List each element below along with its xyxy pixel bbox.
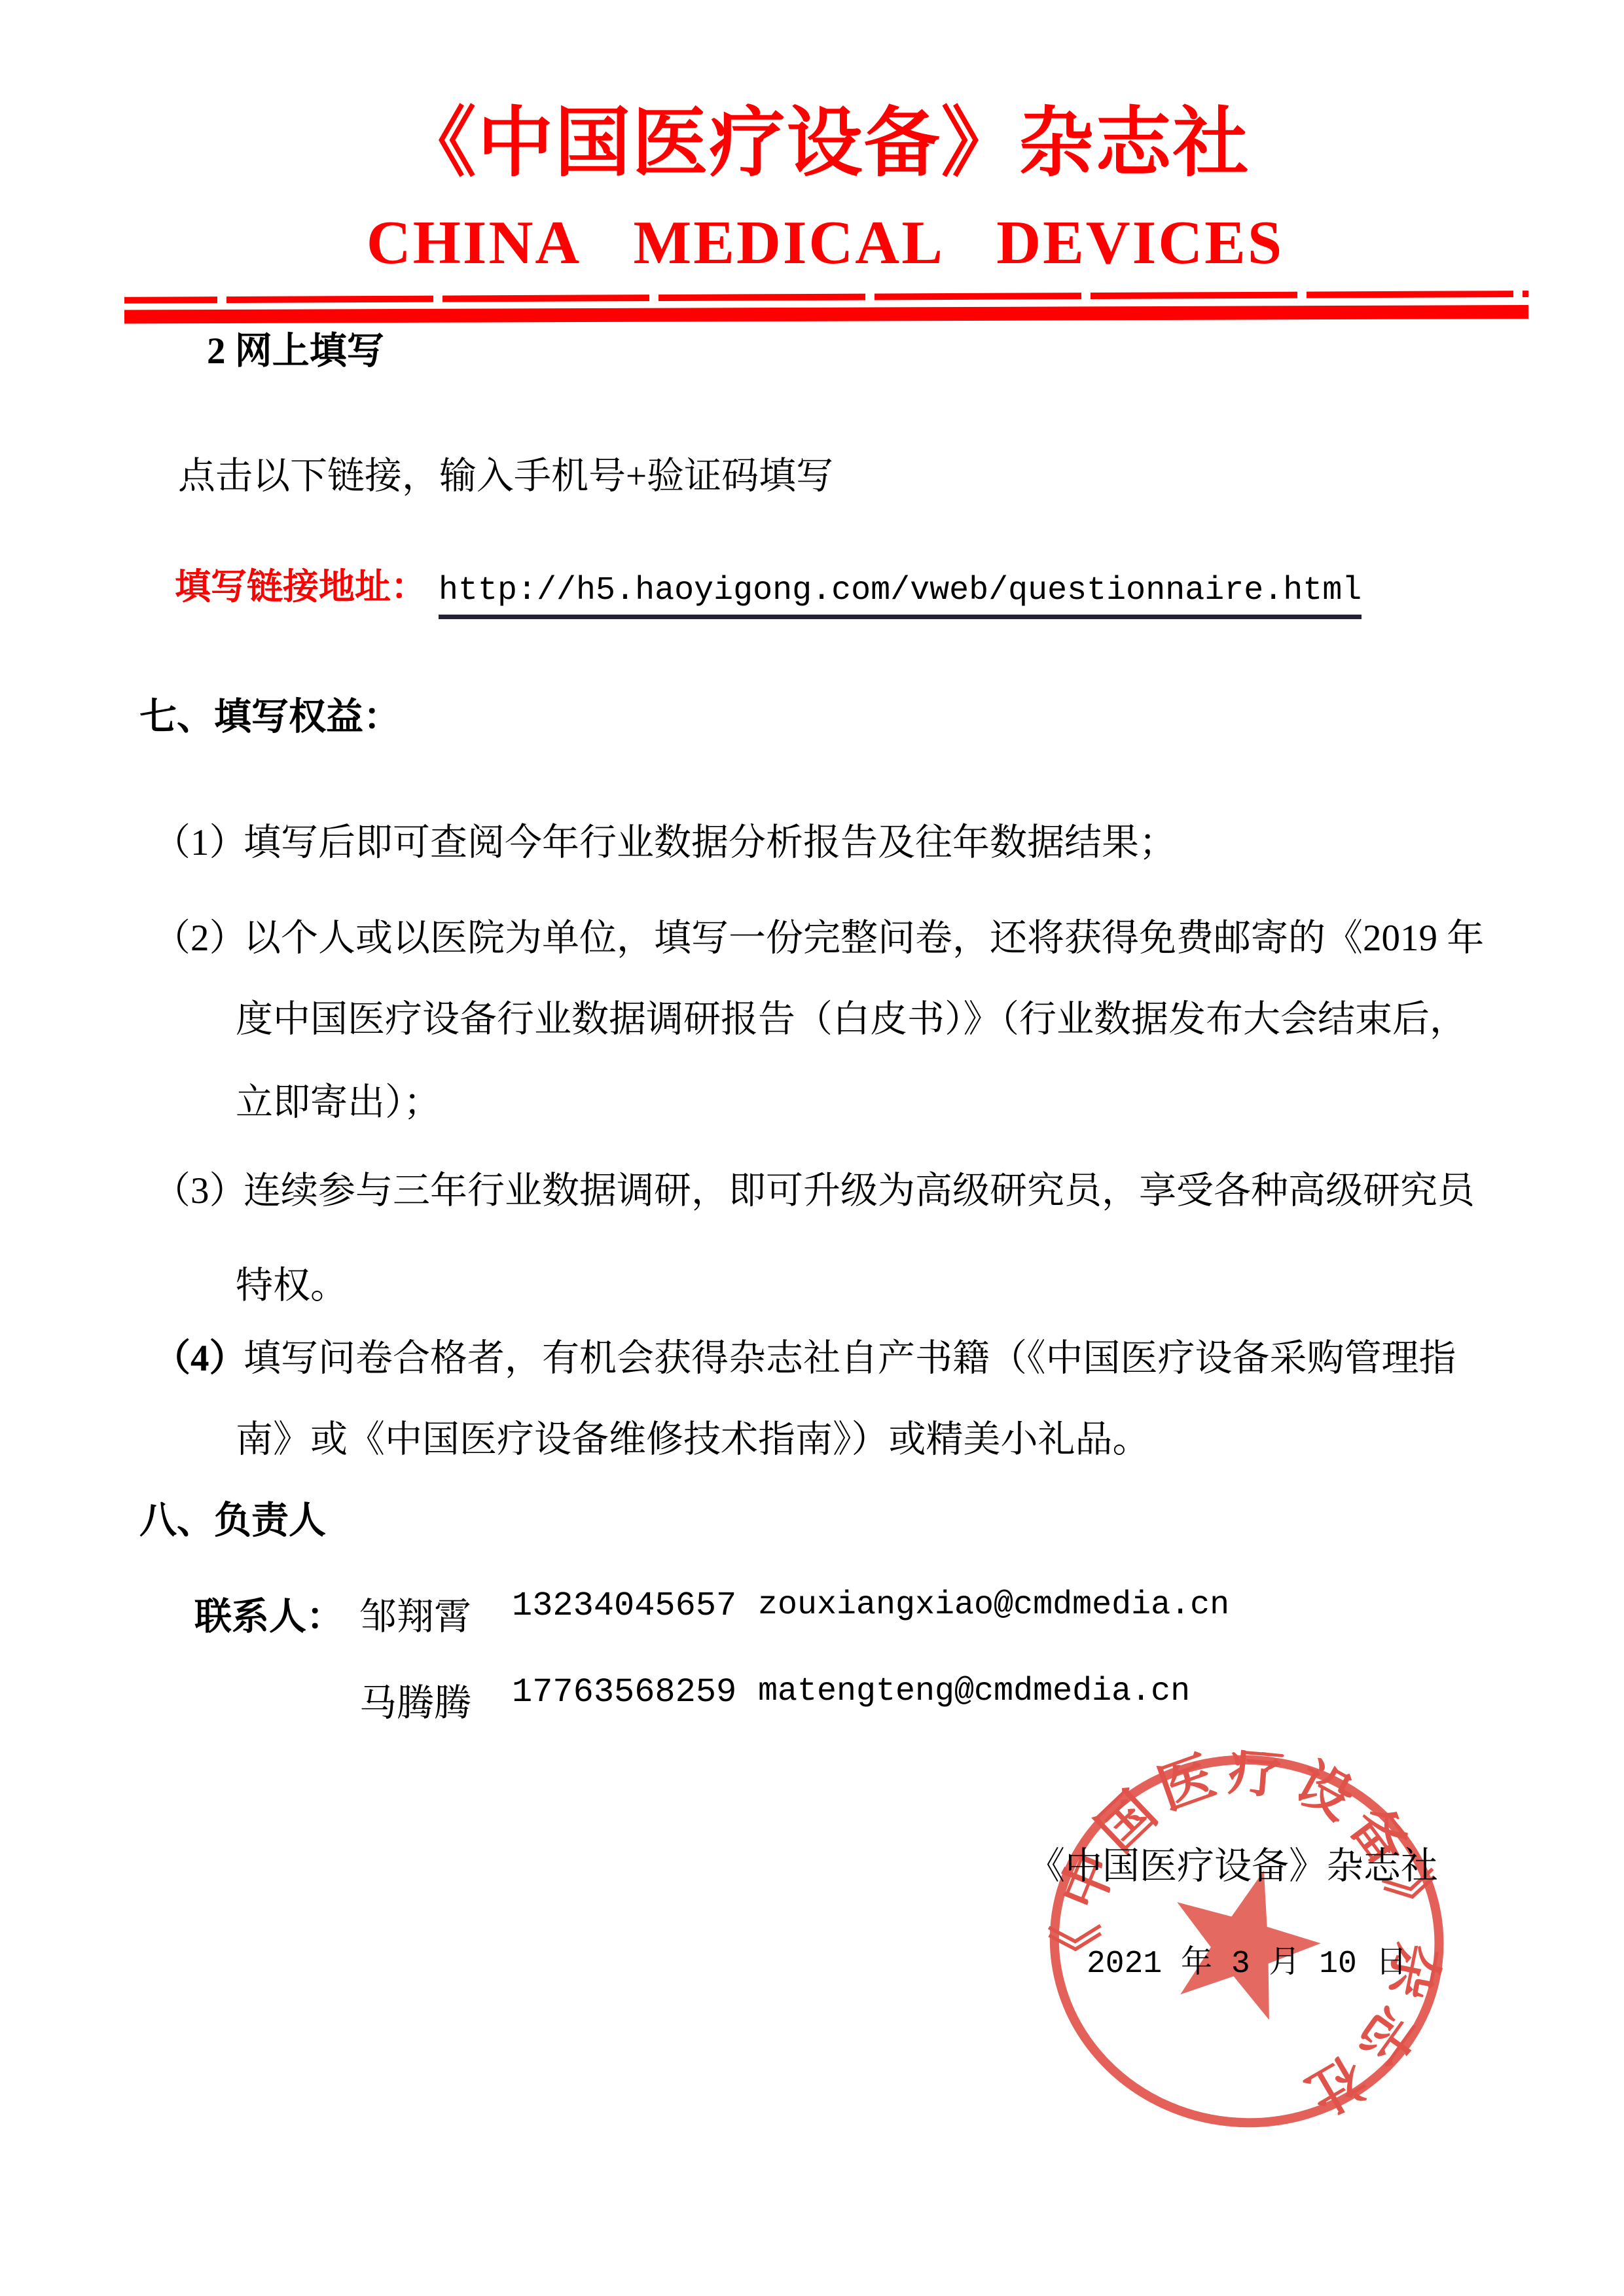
benefit-3-line1: 连续参与三年行业数据调研，即可升级为高级研究员，享受各种高级研究员 [244, 1172, 1475, 1211]
benefit-item-3: （3） 连续参与三年行业数据调研，即可升级为高级研究员，享受各种高级研究员 [0, 1172, 1624, 1217]
benefit-4-line1: 填写问卷合格者，有机会获得杂志社自产书籍（《中国医疗设备采购管理指 [244, 1339, 1456, 1378]
online-heading: 2 网上填写 [207, 332, 384, 371]
contact-1-email: zouxiangxiao@cmdmedia.cn [758, 1587, 1229, 1624]
benefit-item-1: （1） 填写后即可查阅今年行业数据分析报告及往年数据结果； [0, 823, 1624, 869]
online-instruction: 点击以下链接，输入手机号+验证码填写 [178, 457, 833, 496]
company-seal-stamp: 《中国医疗设备》杂志社 [1020, 1731, 1472, 2160]
contact-2-name: 马腾腾 [359, 1673, 471, 1727]
contact-label: 联系人： [194, 1587, 344, 1640]
document-page: 《中国医疗设备》杂志社 CHINA MEDICAL DEVICES 2 网上填写… [0, 0, 1624, 2296]
benefit-2-marker: （2） [153, 919, 247, 958]
benefit-item-2: （2） 以个人或以医院为单位，填写一份完整问卷，还将获得免费邮寄的《2019 年 [0, 919, 1624, 965]
org-title-english: CHINA MEDICAL DEVICES [124, 211, 1526, 276]
benefit-1-marker: （1） [153, 823, 247, 863]
benefit-item-4: （4） 填写问卷合格者，有机会获得杂志社自产书籍（《中国医疗设备采购管理指 [0, 1339, 1624, 1385]
benefit-2-line1: 以个人或以医院为单位，填写一份完整问卷，还将获得免费邮寄的《2019 年 [244, 919, 1484, 958]
questionnaire-link[interactable]: http://h5.haoyigong.com/vweb/questionnai… [439, 572, 1362, 619]
benefit-4-marker: （4） [153, 1339, 247, 1378]
benefit-1-text: 填写后即可查阅今年行业数据分析报告及往年数据结果； [244, 823, 1176, 863]
signature-date: 2021 年 3 月 10 日 [1087, 1948, 1407, 1981]
org-title-chinese: 《中国医疗设备》杂志社 [124, 105, 1526, 185]
benefit-2-line2: 度中国医疗设备行业数据调研报告（白皮书）》（行业数据发布大会结束后， [236, 1000, 1467, 1039]
contact-2-email: matengteng@cmdmedia.cn [758, 1673, 1190, 1710]
contact-2-phone: 17763568259 [512, 1673, 736, 1712]
contact-1-name: 邹翔霄 [359, 1587, 471, 1640]
link-line: 填写链接地址：http://h5.haoyigong.com/vweb/ques… [175, 568, 1362, 609]
signature-org: 《中国医疗设备》杂志社 [1028, 1847, 1438, 1886]
contact-heading: 八、负责人 [139, 1501, 326, 1541]
contact-row-2: 马腾腾 17763568259 matengteng@cmdmedia.cn [0, 1673, 1624, 1719]
letterhead-rule-thin [124, 291, 1528, 304]
letterhead-rule-thick [124, 305, 1528, 323]
benefit-3-line2: 特权。 [236, 1266, 348, 1306]
contact-row-1: 联系人： 邹翔霄 13234045657 zouxiangxiao@cmdmed… [0, 1587, 1624, 1632]
link-label: 填写链接地址： [175, 567, 427, 607]
benefit-3-marker: （3） [153, 1172, 247, 1211]
benefit-4-line2: 南》或《中国医疗设备维修技术指南》）或精美小礼品。 [236, 1420, 1150, 1460]
contact-1-phone: 13234045657 [512, 1587, 736, 1625]
benefit-2-line3: 立即寄出）； [236, 1083, 441, 1122]
benefits-heading: 七、填写权益： [139, 698, 401, 737]
